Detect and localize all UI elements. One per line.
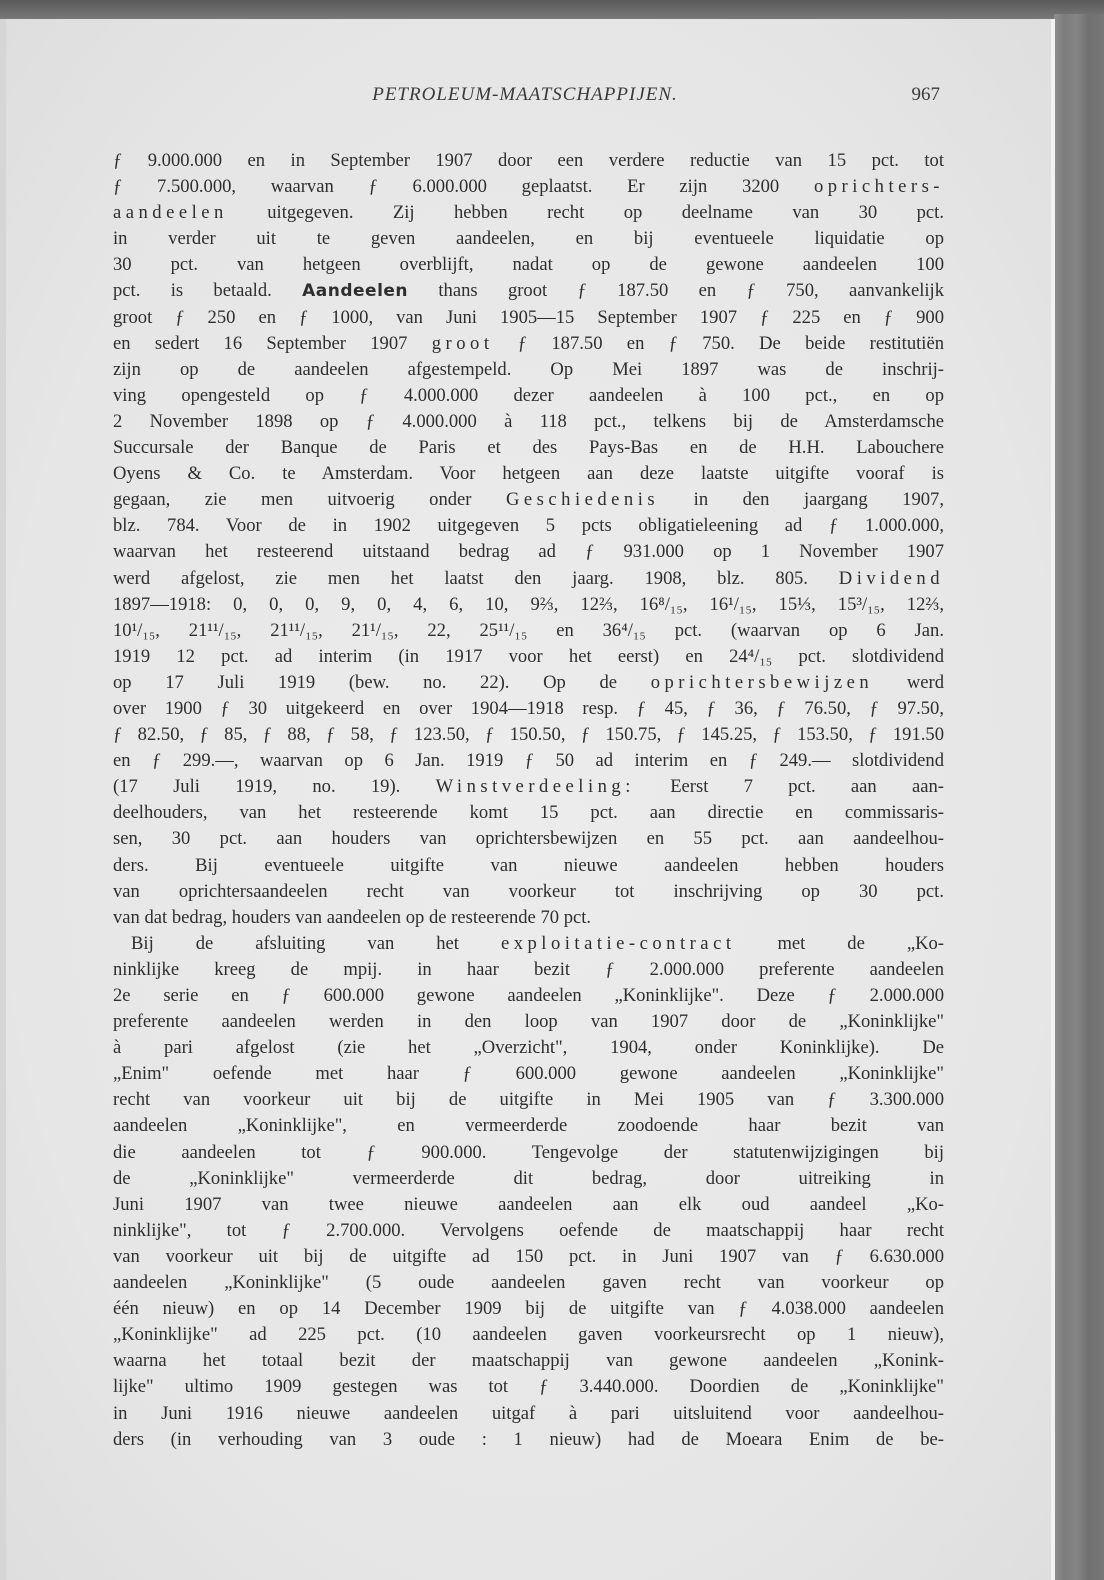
spaced-emphasis: exploitatie-contract	[501, 933, 736, 954]
text-line: ƒ 9.000.000 en in September 1907 door ee…	[113, 148, 944, 174]
running-title: PETROLEUM-MAATSCHAPPIJEN.	[110, 84, 940, 106]
spaced-emphasis: aandeelen	[113, 202, 228, 223]
text-line: Juni 1907 van twee nieuwe aandeelen aan …	[113, 1192, 944, 1218]
spaced-emphasis: groot	[432, 333, 494, 354]
text-line: gegaan, zie men uitvoerig onder Geschied…	[113, 487, 944, 513]
spaced-emphasis: Winstverdeeling:	[436, 776, 635, 797]
spaced-emphasis: Dividend	[839, 568, 944, 589]
text-line: 10¹/₁₅, 21¹¹/₁₅, 21¹¹/₁₅, 21¹/₁₅, 22, 25…	[113, 618, 944, 644]
text-line: „Enim" oefende met haar ƒ 600.000 gewone…	[113, 1061, 944, 1087]
text-line: en ƒ 299.—, waarvan op 6 Jan. 1919 ƒ 50 …	[113, 748, 944, 774]
text-line: Oyens & Co. te Amsterdam. Voor hetgeen a…	[113, 461, 944, 487]
text-line: één nieuw) en op 14 December 1909 bij de…	[113, 1296, 944, 1322]
text-line: deelhouders, van het resteerende komt 15…	[113, 800, 944, 826]
text-line: 1897—1918: 0, 0, 0, 9, 0, 4, 6, 10, 9⅔, …	[113, 592, 944, 618]
text-line: recht van voorkeur uit bij de uitgifte i…	[113, 1087, 944, 1113]
text-line: op 17 Juli 1919 (bew. no. 22). Op de opr…	[113, 670, 944, 696]
text-line: ƒ 7.500.000, waarvan ƒ 6.000.000 geplaat…	[113, 174, 944, 200]
text-line: aandeelen „Koninklijke" (5 oude aandeele…	[113, 1270, 944, 1296]
text-line: 30 pct. van hetgeen overblijft, nadat op…	[113, 252, 944, 278]
text-line: ƒ 82.50, ƒ 85, ƒ 88, ƒ 58, ƒ 123.50, ƒ 1…	[113, 722, 944, 748]
text-line: zijn op de aandeelen afgestempeld. Op Me…	[113, 357, 944, 383]
text-line: Succursale der Banque de Paris et des Pa…	[113, 435, 944, 461]
text-line: ders (in verhouding van 3 oude : 1 nieuw…	[113, 1427, 944, 1453]
text-line: à pari afgelost (zie het „Overzicht", 19…	[113, 1035, 944, 1061]
text-line: 2e serie en ƒ 600.000 gewone aandeelen „…	[113, 983, 944, 1009]
body-text: ƒ 9.000.000 en in September 1907 door ee…	[113, 148, 944, 1453]
paragraph-2: Bij de afsluiting van het exploitatie-co…	[113, 931, 944, 1453]
text-line: (17 Juli 1919, no. 19). Winstverdeeling:…	[113, 774, 944, 800]
paragraph-1: ƒ 9.000.000 en in September 1907 door ee…	[113, 148, 944, 931]
text-line: ninklijke kreeg de mpij. in haar bezit ƒ…	[113, 957, 944, 983]
page-number: 967	[912, 84, 941, 106]
text-line: sen, 30 pct. aan houders van oprichtersb…	[113, 826, 944, 852]
running-head: PETROLEUM-MAATSCHAPPIJEN. 967	[110, 84, 940, 110]
text-line: waarvan het resteerend uitstaand bedrag …	[113, 539, 944, 565]
text-line: aandeelen uitgegeven. Zij hebben recht o…	[113, 200, 944, 226]
text-line: 2 November 1898 op ƒ 4.000.000 à 118 pct…	[113, 409, 944, 435]
scan-top-edge	[0, 0, 1104, 20]
text-line: van oprichtersaandeelen recht van voorke…	[113, 879, 944, 905]
bold-keyword: Aandeelen	[302, 281, 408, 301]
text-line: 1919 12 pct. ad interim (in 1917 voor he…	[113, 644, 944, 670]
spaced-emphasis: oprichters-	[814, 176, 944, 197]
text-line: aandeelen „Koninklijke", en vermeerderde…	[113, 1113, 944, 1139]
text-line: in Juni 1916 nieuwe aandeelen uitgaf à p…	[113, 1401, 944, 1427]
text-line: werd afgelost, zie men het laatst den ja…	[113, 566, 944, 592]
text-line: over 1900 ƒ 30 uitgekeerd en over 1904—1…	[113, 696, 944, 722]
text-line: preferente aandeelen werden in den loop …	[113, 1009, 944, 1035]
book-page-edges	[1054, 14, 1104, 1580]
text-line: groot ƒ 250 en ƒ 1000, van Juni 1905—15 …	[113, 305, 944, 331]
text-line: waarna het totaal bezit der maatschappij…	[113, 1348, 944, 1374]
text-line: ving opengesteld op ƒ 4.000.000 dezer aa…	[113, 383, 944, 409]
text-line: pct. is betaald. Aandeelen thans groot ƒ…	[113, 278, 944, 304]
text-line: de „Koninklijke" vermeerderde dit bedrag…	[113, 1166, 944, 1192]
text-line: lijke" ultimo 1909 gestegen was tot ƒ 3.…	[113, 1374, 944, 1400]
text-line: „Koninklijke" ad 225 pct. (10 aandeelen …	[113, 1322, 944, 1348]
text-line: ders. Bij eventueele uitgifte van nieuwe…	[113, 853, 944, 879]
text-line: van voorkeur uit bij de uitgifte ad 150 …	[113, 1244, 944, 1270]
text-line: van dat bedrag, houders van aandeelen op…	[113, 905, 944, 931]
text-line: die aandeelen tot ƒ 900.000. Tengevolge …	[113, 1140, 944, 1166]
text-line: in verder uit te geven aandeelen, en bij…	[113, 226, 944, 252]
text-line: Bij de afsluiting van het exploitatie-co…	[113, 931, 944, 957]
spaced-emphasis: oprichtersbewijzen	[651, 672, 873, 693]
spaced-emphasis: Geschiedenis	[506, 489, 659, 510]
text-line: ninklijke", tot ƒ 2.700.000. Vervolgens …	[113, 1218, 944, 1244]
text-line: blz. 784. Voor de in 1902 uitgegeven 5 p…	[113, 513, 944, 539]
text-line: en sedert 16 September 1907 groot ƒ 187.…	[113, 331, 944, 357]
